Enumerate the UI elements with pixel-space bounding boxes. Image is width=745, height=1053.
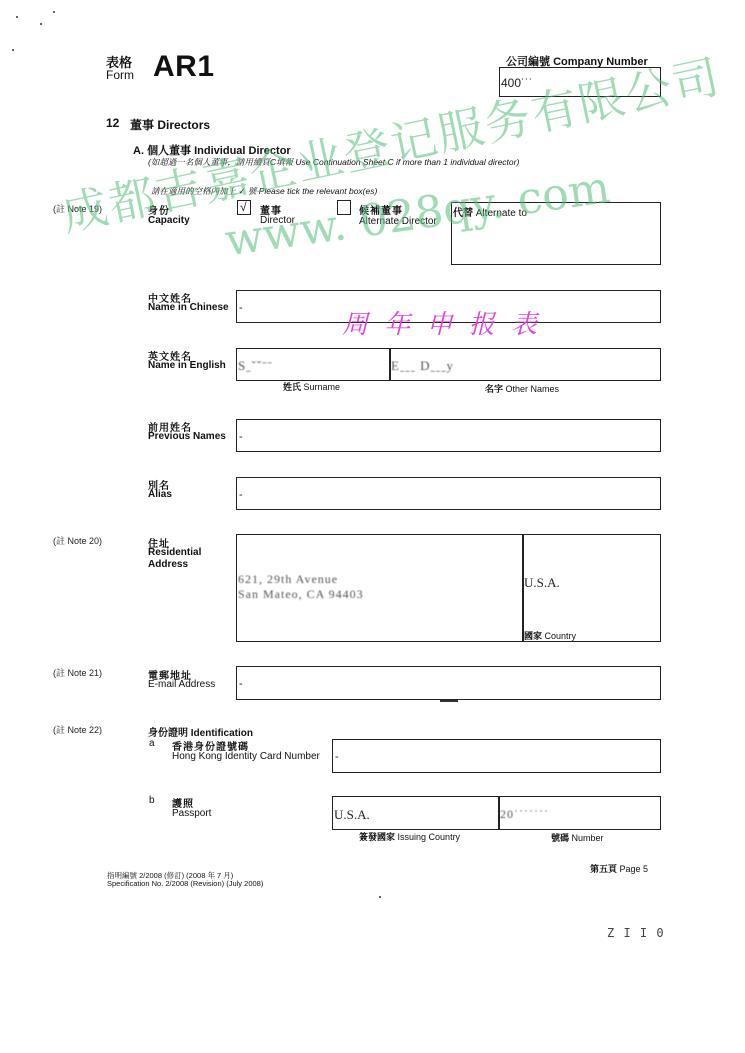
- scan-mark: [440, 700, 458, 702]
- scan-speck: [40, 23, 42, 25]
- note-19: (註 Note 19): [53, 202, 102, 215]
- section-number: 12: [106, 116, 119, 130]
- number-caption: 號碼 Number: [551, 831, 604, 844]
- surname-caption-en: Surname: [304, 382, 341, 392]
- surname-field[interactable]: Sˍ˘ˇˉˉ: [236, 348, 391, 381]
- scan-speck: [379, 896, 381, 898]
- country-caption-en: Country: [545, 631, 577, 641]
- previous-names-value: -: [239, 431, 243, 443]
- number-caption-en: Number: [572, 833, 604, 843]
- hkid-field[interactable]: -: [332, 739, 661, 773]
- note-20: (註 Note 20): [53, 534, 102, 547]
- passport-issuing-country-value: U.S.A.: [334, 807, 370, 823]
- alias-value: -: [239, 489, 243, 501]
- alias-field[interactable]: -: [236, 477, 661, 510]
- alternate-director-checkbox[interactable]: [337, 200, 351, 215]
- email-value: -: [239, 678, 243, 690]
- form-label-en: Form: [106, 68, 134, 82]
- email-field[interactable]: -: [236, 666, 661, 700]
- director-option-en: Director: [260, 215, 295, 226]
- country-caption-zh: 國家: [524, 631, 542, 641]
- address-country-field[interactable]: U.S.A. 國家 Country: [522, 534, 661, 642]
- issuing-country-caption-en: Issuing Country: [398, 832, 461, 842]
- issuing-country-caption: 簽發國家 Issuing Country: [359, 830, 460, 843]
- check-mark-icon: √: [240, 200, 247, 214]
- address-label-en-1: Residential: [148, 547, 201, 558]
- alternate-director-option-zh: 候補董事: [359, 202, 403, 217]
- address-field[interactable]: 621, 29th Avenue San Mateo, CA 94403: [236, 534, 524, 642]
- name-english-label-en: Name in English: [148, 360, 226, 371]
- surname-caption-zh: 姓氏: [283, 382, 301, 392]
- section-title-zh: 董事: [130, 118, 154, 132]
- page-number-en: Page 5: [620, 864, 649, 874]
- section-title-en: Directors: [157, 118, 210, 132]
- hkid-label-en: Hong Kong Identity Card Number: [172, 751, 320, 762]
- email-label-en: E-mail Address: [148, 679, 215, 690]
- specification-en: Specification No. 2/2008 (Revision) (Jul…: [107, 879, 263, 888]
- passport-number-value: 20˙˙˙˙˙˙˙: [500, 807, 549, 822]
- section-title: 董事 Directors: [130, 116, 210, 133]
- alias-label-en: Alias: [148, 489, 172, 500]
- address-label-en-2: Address: [148, 559, 188, 570]
- surname-value: Sˍ˘ˇˉˉ: [238, 358, 273, 374]
- tick-instruction-zh: 請在適用的空格內加上 ✓ 號: [151, 186, 256, 196]
- stamp-number: Z I I 0: [607, 926, 665, 940]
- passport-number-field[interactable]: 20˙˙˙˙˙˙˙: [498, 796, 661, 830]
- name-chinese-field[interactable]: -: [236, 290, 661, 323]
- other-names-field[interactable]: Eˍˍˍ Dˍˍˍy: [389, 348, 661, 381]
- alternate-director-option-en: Alternate Director: [359, 216, 437, 227]
- passport-letter: b: [149, 795, 155, 806]
- address-line-1: 621, 29th Avenue: [238, 572, 338, 587]
- continuation-note-zh: (如超過一名個人董事，請用續頁C填報: [148, 157, 293, 167]
- other-names-caption: 名字 Other Names: [485, 382, 559, 395]
- capacity-label-en: Capacity: [148, 215, 190, 226]
- form-code: AR1: [153, 50, 215, 84]
- issuing-country-caption-zh: 簽發國家: [359, 832, 395, 842]
- alternate-to-label-en: Alternate to: [476, 208, 527, 219]
- page-number-zh: 第五頁: [590, 864, 617, 874]
- note-22: (註 Note 22): [53, 723, 102, 736]
- hkid-value: -: [335, 751, 339, 763]
- other-names-caption-en: Other Names: [506, 384, 560, 394]
- note-21: (註 Note 21): [53, 666, 102, 679]
- number-caption-zh: 號碼: [551, 833, 569, 843]
- name-chinese-label-en: Name in Chinese: [148, 302, 229, 313]
- other-names-caption-zh: 名字: [485, 384, 503, 394]
- other-names-value: Eˍˍˍ Dˍˍˍy: [391, 358, 454, 374]
- scan-speck: [16, 16, 18, 18]
- subsection-letter: A.: [133, 145, 144, 157]
- page-number: 第五頁 Page 5: [590, 862, 648, 875]
- name-chinese-value: -: [239, 302, 243, 314]
- previous-names-field[interactable]: -: [236, 419, 661, 452]
- scan-speck: [12, 49, 14, 51]
- tick-instruction: 請在適用的空格內加上 ✓ 號 Please tick the relevant …: [151, 185, 377, 197]
- previous-names-label-en: Previous Names: [148, 431, 226, 442]
- surname-caption: 姓氏 Surname: [283, 380, 340, 393]
- address-country-value: U.S.A.: [524, 575, 560, 591]
- passport-label-en: Passport: [172, 808, 211, 819]
- identification-label: 身份證明 Identification: [148, 724, 253, 739]
- company-number-field[interactable]: 400˙˙˙: [499, 67, 661, 97]
- tick-instruction-en: Please tick the relevant box(es): [259, 186, 378, 196]
- alternate-to-label-zh: 代替: [453, 208, 473, 219]
- address-line-2: San Mateo, CA 94403: [238, 587, 364, 602]
- company-number-value: 400˙˙˙: [501, 76, 533, 90]
- hkid-letter: a: [149, 738, 155, 749]
- director-checkbox[interactable]: √: [237, 200, 251, 215]
- continuation-note-en: Use Continuation Sheet C if more than 1 …: [295, 157, 519, 167]
- passport-issuing-country-field[interactable]: U.S.A.: [332, 796, 500, 830]
- scan-speck: [53, 11, 55, 13]
- continuation-note: (如超過一名個人董事，請用續頁C填報 Use Continuation Shee…: [148, 156, 519, 168]
- alternate-to-field[interactable]: 代替 Alternate to: [451, 202, 661, 265]
